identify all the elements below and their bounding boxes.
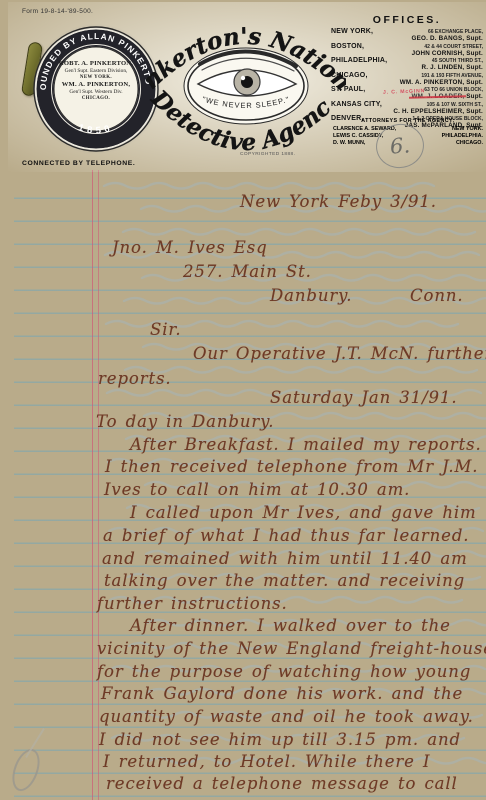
- handwritten-line: 257. Main St.: [183, 262, 312, 281]
- handwritten-line: After Breakfast. I mailed my reports.: [130, 435, 482, 454]
- handwritten-line: reports.: [98, 369, 172, 388]
- handwritten-line: Conn.: [410, 286, 464, 305]
- handwritten-line: Saturday Jan 31/91.: [270, 388, 457, 407]
- handwritten-line: I called upon Mr Ives, and gave him: [130, 503, 477, 522]
- handwritten-line: received a telephone message to call: [106, 774, 458, 793]
- handwritten-line: Ives to call on him at 10.30 am.: [104, 480, 410, 499]
- handwritten-line: To day in Danbury.: [96, 412, 274, 431]
- handwritten-line: I did not see him up till 3.15 pm. and: [99, 730, 461, 749]
- handwritten-line: Our Operative J.T. McN. further: [193, 344, 486, 363]
- handwritten-line: After dinner. I walked over to the: [130, 616, 451, 635]
- handwritten-line: Frank Gaylord done his work. and the: [101, 684, 463, 703]
- handwritten-line: a brief of what I had thus far learned.: [103, 526, 469, 545]
- handwritten-line: I then received telephone from Mr J.M.: [105, 457, 478, 476]
- handwritten-line: talking over the matter. and receiving: [104, 571, 465, 590]
- handwritten-line: quantity of waste and oil he took away.: [99, 707, 474, 726]
- letter-page: Form 19-8-14-'89-500. FOUNDED BY ALLAN P…: [0, 0, 486, 800]
- handwritten-line: Sir.: [150, 320, 182, 339]
- handwritten-line: I returned, to Hotel. While there I: [103, 752, 430, 771]
- handwritten-line: further instructions.: [97, 594, 288, 613]
- manuscript-body: New York Feby 3/91.Jno. M. Ives Esq257. …: [0, 0, 486, 800]
- handwritten-line: and remained with him until 11.40 am: [102, 549, 468, 568]
- handwritten-line: vicinity of the New England freight-hous…: [97, 639, 486, 658]
- handwritten-line: New York Feby 3/91.: [240, 192, 437, 211]
- handwritten-line: for the purpose of watching how young: [97, 662, 471, 681]
- handwritten-line: Danbury.: [270, 286, 352, 305]
- handwritten-line: Jno. M. Ives Esq: [112, 238, 268, 257]
